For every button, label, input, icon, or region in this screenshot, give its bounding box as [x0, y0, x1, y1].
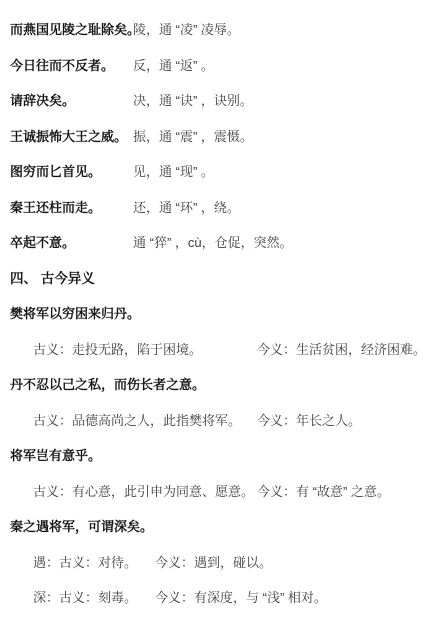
gujin-meaning-row: 古义：有心意，此引申为同意、愿意。今义：有 “故意” 之意。 [10, 473, 422, 509]
phonetic-loan-note: 通 “猝” ，cù，仓促，突然。 [133, 232, 293, 251]
tongjiazi-row: 卒起不意。通 “猝” ，cù，仓促，突然。 [10, 224, 422, 260]
phonetic-loan-note: 反，通 “返” 。 [133, 55, 214, 74]
ancient-meaning: 遇：古义：对待。 [33, 552, 155, 571]
source-phrase: 而燕国见陵之耻除矣。 [10, 19, 133, 38]
phonetic-loan-note: 见，通 “现” 。 [133, 161, 214, 180]
ancient-meaning: 古义：走投无路，陷于困境。 [33, 339, 257, 358]
tongjiazi-row: 而燕国见陵之耻除矣。陵，通 “凌” 凌辱。 [10, 11, 422, 47]
gujin-phrase-row: 丹不忍以己之私，而伤长者之意。 [10, 366, 422, 402]
gujin-list: 樊将军以穷困来归丹。古义：走投无路，陷于困境。今义：生活贫困，经济困难。丹不忍以… [10, 295, 422, 615]
section-heading-row: 四、 古今异义 [10, 260, 422, 296]
source-phrase: 王诚振怖大王之威。 [10, 126, 133, 145]
source-phrase: 卒起不意。 [10, 232, 133, 251]
modern-meaning: 今义：遇到，碰以。 [155, 552, 272, 571]
modern-meaning: 今义：生活贫困，经济困难。 [257, 339, 426, 358]
gujin-phrase-row: 将军岂有意乎。 [10, 437, 422, 473]
phonetic-loan-note: 陵，通 “凌” 凌辱。 [133, 19, 240, 38]
modern-meaning: 今义：年长之人。 [257, 410, 361, 429]
gujin-meaning-row: 遇：古义：对待。今义：遇到，碰以。 [10, 544, 422, 580]
ancient-meaning: 古义：有心意，此引申为同意、愿意。 [33, 481, 257, 500]
gujin-phrase-row: 樊将军以穷困来归丹。 [10, 295, 422, 331]
source-phrase: 秦之遇将军，可谓深矣。 [10, 516, 153, 535]
tongjiazi-list: 而燕国见陵之耻除矣。陵，通 “凌” 凌辱。今日往而不反者。反，通 “返” 。请辞… [10, 11, 422, 260]
tongjiazi-row: 请辞决矣。决，通 “诀” ，诀别。 [10, 82, 422, 118]
source-phrase: 丹不忍以己之私，而伤长者之意。 [10, 374, 205, 393]
phonetic-loan-note: 决，通 “诀” ，诀别。 [133, 90, 253, 109]
tongjiazi-row: 王诚振怖大王之威。振，通 “震” ，震慑。 [10, 118, 422, 154]
source-phrase: 秦王还柱而走。 [10, 197, 133, 216]
phonetic-loan-note: 还，通 “环” ，绕。 [133, 197, 240, 216]
ancient-meaning: 深：古义：刻毒。 [33, 587, 155, 606]
modern-meaning: 今义：有 “故意” 之意。 [257, 481, 390, 500]
source-phrase: 今日往而不反者。 [10, 55, 133, 74]
phonetic-loan-note: 振，通 “震” ，震慑。 [133, 126, 253, 145]
source-phrase: 樊将军以穷困来归丹。 [10, 303, 140, 322]
tongjiazi-row: 图穷而匕首见。见，通 “现” 。 [10, 153, 422, 189]
tongjiazi-row: 今日往而不反者。反，通 “返” 。 [10, 47, 422, 83]
document-page: 而燕国见陵之耻除矣。陵，通 “凌” 凌辱。今日往而不反者。反，通 “返” 。请辞… [0, 0, 430, 615]
tongjiazi-row: 秦王还柱而走。还，通 “环” ，绕。 [10, 189, 422, 225]
gujin-meaning-row: 古义：走投无路，陷于困境。今义：生活贫困，经济困难。 [10, 331, 422, 367]
gujin-meaning-row: 深：古义：刻毒。今义：有深度，与 “浅” 相对。 [10, 579, 422, 615]
source-phrase: 图穷而匕首见。 [10, 161, 133, 180]
gujin-phrase-row: 秦之遇将军，可谓深矣。 [10, 508, 422, 544]
section-heading: 四、 古今异义 [10, 267, 95, 287]
source-phrase: 将军岂有意乎。 [10, 445, 101, 464]
ancient-meaning: 古义：品德高尚之人，此指樊将军。 [33, 410, 257, 429]
modern-meaning: 今义：有深度，与 “浅” 相对。 [155, 587, 327, 606]
gujin-meaning-row: 古义：品德高尚之人，此指樊将军。今义：年长之人。 [10, 402, 422, 438]
source-phrase: 请辞决矣。 [10, 90, 133, 109]
